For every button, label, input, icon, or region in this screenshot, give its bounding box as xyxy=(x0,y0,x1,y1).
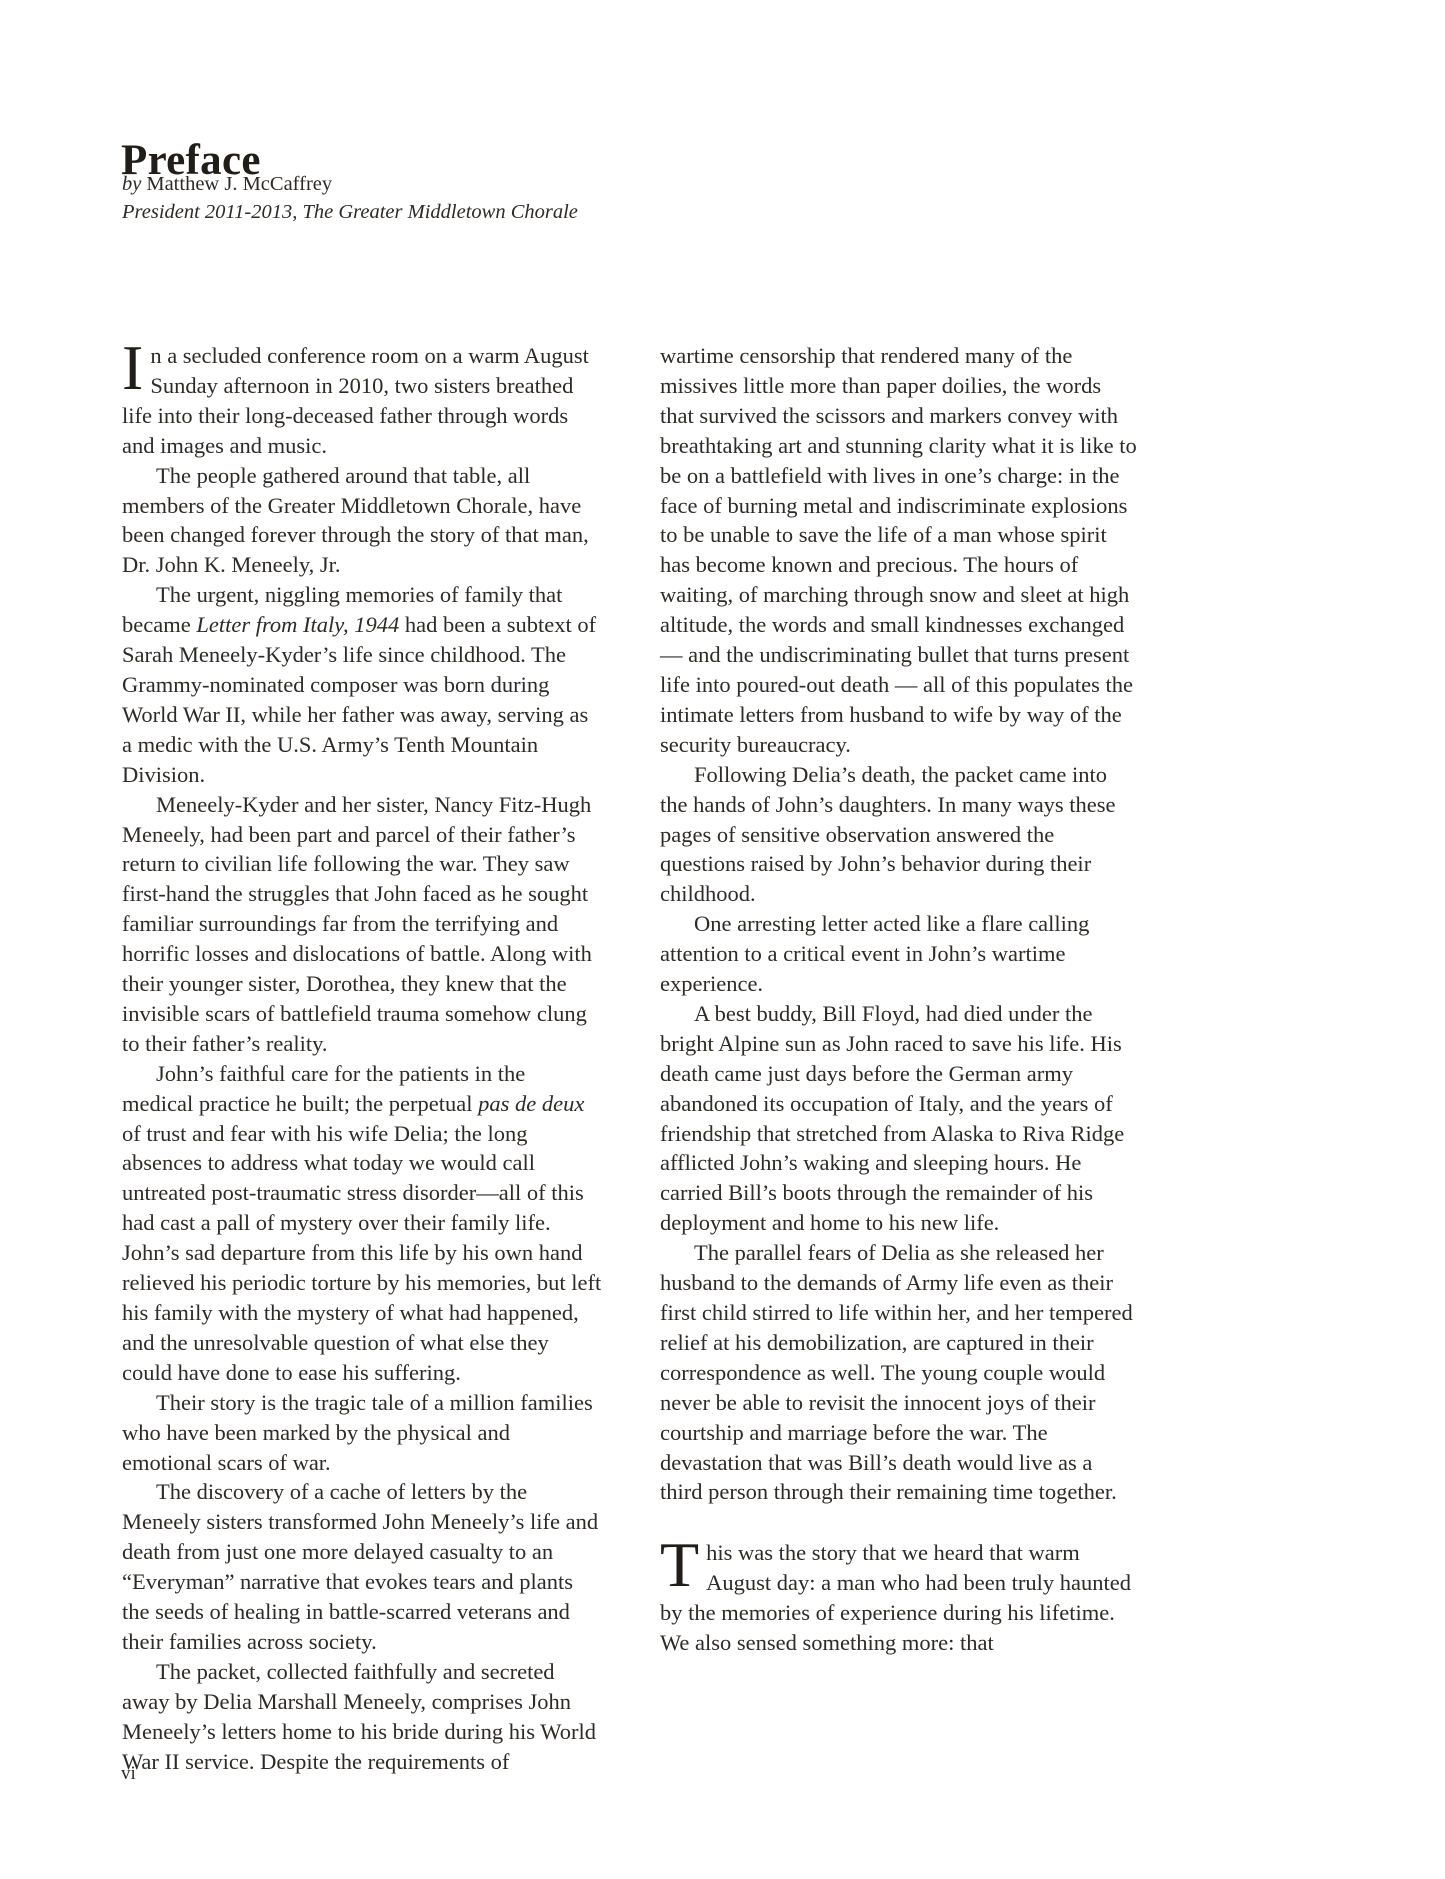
byline-prefix: by xyxy=(122,173,141,195)
paragraph: The people gathered around that table, a… xyxy=(122,461,602,581)
paragraph: The urgent, niggling memories of family … xyxy=(122,580,602,789)
paragraph: The packet, collected faithfully and sec… xyxy=(122,1657,602,1777)
paragraph: wartime censorship that rendered many of… xyxy=(660,341,1140,760)
right-column: wartime censorship that rendered many of… xyxy=(660,341,1140,1777)
byline-author-name: Matthew J. McCaffrey xyxy=(141,173,332,195)
paragraph: This was the story that we heard that wa… xyxy=(660,1538,1140,1658)
italic-text: Letter from Italy, 1944 xyxy=(196,612,399,637)
left-column: In a secluded conference room on a warm … xyxy=(122,341,602,1777)
body-columns: In a secluded conference room on a warm … xyxy=(122,341,1140,1777)
paragraph: Their story is the tragic tale of a mill… xyxy=(122,1388,602,1478)
paragraph: Following Delia’s death, the packet came… xyxy=(660,760,1140,910)
paragraph: A best buddy, Bill Floyd, had died under… xyxy=(660,999,1140,1238)
byline-role: President 2011-2013, The Greater Middlet… xyxy=(122,200,578,225)
paragraph: The parallel fears of Delia as she relea… xyxy=(660,1238,1140,1507)
paragraph: John’s faithful care for the patients in… xyxy=(122,1059,602,1388)
paragraph: Meneely-Kyder and her sister, Nancy Fitz… xyxy=(122,790,602,1059)
byline: byMatthew J. McCaffrey xyxy=(122,172,332,197)
drop-cap: T xyxy=(660,1541,699,1588)
paragraph: The discovery of a cache of letters by t… xyxy=(122,1477,602,1656)
italic-text: pas de deux xyxy=(478,1091,584,1116)
page-number: vi xyxy=(121,1763,136,1785)
paragraph: One arresting letter acted like a flare … xyxy=(660,909,1140,999)
drop-cap: I xyxy=(122,344,143,391)
book-page: { "document": { "title": "Preface", "byl… xyxy=(0,0,1445,1879)
paragraph: In a secluded conference room on a warm … xyxy=(122,341,602,461)
